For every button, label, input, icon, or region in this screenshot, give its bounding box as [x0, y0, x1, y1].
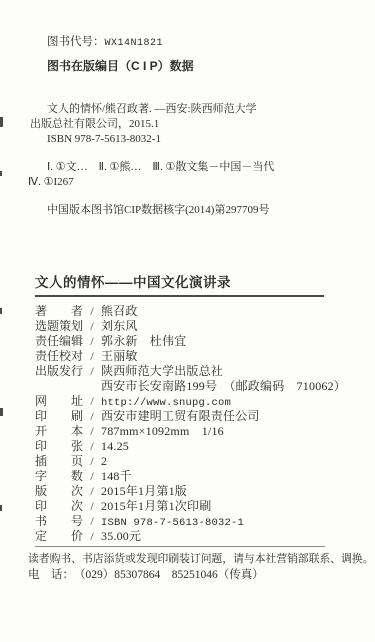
- colophon-separator: /: [83, 454, 101, 469]
- colophon-value: http://www.snupg.com: [101, 397, 231, 409]
- colophon-row-price: 定价/35.00元: [35, 529, 346, 544]
- colophon-value: 陕西师范大学出版总社: [101, 364, 223, 378]
- colophon-value: 2015年1月第1版: [101, 484, 187, 498]
- colophon-label: 选题策划: [35, 319, 83, 334]
- colophon-label: 插页: [35, 454, 83, 469]
- colophon-separator: /: [83, 484, 101, 499]
- cip-classification-block: Ⅰ. ①文… Ⅱ. ①熊… Ⅲ. ①散文集－中国－当代 Ⅳ. ①I267: [28, 160, 274, 190]
- colophon-separator: /: [83, 349, 101, 364]
- colophon-separator: /: [83, 364, 101, 379]
- colophon-value: 西安市长安南路199号 （邮政编码 710062）: [101, 379, 346, 393]
- colophon-value: 148千: [101, 469, 132, 483]
- colophon-row-wordcount: 字数/148千: [35, 469, 346, 484]
- book-title: 文人的情怀——中国文化演讲录: [35, 271, 231, 291]
- colophon-label: 版次: [35, 484, 83, 499]
- colophon-separator: /: [83, 424, 101, 439]
- colophon-label: 字数: [35, 469, 83, 484]
- colophon-value: 35.00元: [101, 529, 141, 543]
- colophon-label: 出版发行: [35, 364, 83, 379]
- cip-class-line1: Ⅰ. ①文… Ⅱ. ①熊… Ⅲ. ①散文集－中国－当代: [28, 160, 274, 175]
- colophon-label: 印张: [35, 439, 83, 454]
- contact-phone-line: 电 话：（029）85307864 85251046（传真）: [28, 566, 264, 582]
- phone-numbers: （029）85307864 85251046（传真）: [74, 569, 264, 581]
- copyright-page: 图书代号：WX14N1821 图书在版编目（C I P）数据 文人的情怀/熊召政…: [0, 0, 375, 642]
- colophon-value: 西安市建明工贸有限责任公司: [101, 409, 260, 423]
- colophon-separator: /: [83, 439, 101, 454]
- colophon-separator: /: [83, 334, 101, 349]
- colophon-label: 责任编辑: [35, 334, 83, 349]
- colophon-separator: /: [83, 499, 101, 514]
- colophon-label: 责任校对: [35, 349, 83, 364]
- colophon-row-format: 开本/787mm×1092mm 1/16: [35, 424, 346, 439]
- colophon-label: 印刷: [35, 409, 83, 424]
- colophon-value: ISBN 978-7-5613-8032-1: [101, 517, 244, 529]
- cip-record-block: 文人的情怀/熊召政著. —西安:陕西师范大学 出版总社有限公司，2015.1 I…: [30, 102, 257, 147]
- colophon-row-publisher: 出版发行/陕西师范大学出版总社: [35, 364, 346, 379]
- colophon-row-proofreader: 责任校对/王丽敏: [35, 349, 346, 364]
- colophon-row-author: 著者/熊召政: [35, 304, 346, 319]
- colophon-row-printer: 印刷/西安市建明工贸有限责任公司: [35, 409, 346, 424]
- book-code-label: 图书代号：: [47, 36, 105, 48]
- colophon-label: 网址: [35, 394, 83, 409]
- colophon-row-website: 网址/http://www.snupg.com: [35, 394, 346, 409]
- scan-artifact: [0, 505, 2, 511]
- colophon-label: 印次: [35, 499, 83, 514]
- colophon-value: 14.25: [101, 439, 129, 453]
- scan-artifact: [0, 117, 3, 127]
- reader-notice: 读者购书、书店添货或发现印刷装订问题，请与本社营销部联系、调换。: [28, 551, 374, 566]
- colophon-separator: /: [83, 409, 101, 424]
- phone-label: 电 话：: [28, 566, 74, 582]
- scan-artifact: [0, 308, 2, 314]
- colophon-value: 王丽敏: [101, 349, 138, 363]
- colophon-label: 书号: [35, 514, 83, 529]
- title-divider-rule: [35, 295, 324, 297]
- colophon-separator: /: [83, 469, 101, 484]
- colophon-row-edition: 版次/2015年1月第1版: [35, 484, 346, 499]
- colophon-row-address: 西安市长安南路199号 （邮政编码 710062）: [35, 379, 346, 394]
- colophon-label: 著者: [35, 304, 83, 319]
- colophon-label: 定价: [35, 529, 83, 544]
- colophon-row-editor: 责任编辑/郭永新 杜伟宜: [35, 334, 346, 349]
- colophon-separator: /: [83, 529, 101, 544]
- colophon-value: 2: [101, 454, 107, 468]
- scan-artifact: [0, 171, 2, 176]
- colophon-value: 2015年1月第1次印刷: [101, 499, 211, 513]
- colophon-value: 郭永新 杜伟宜: [101, 334, 186, 348]
- colophon-separator: /: [83, 514, 101, 529]
- cip-isbn-line: ISBN 978-7-5613-8032-1: [30, 132, 257, 147]
- book-code-line: 图书代号：WX14N1821: [47, 33, 163, 49]
- cip-heading: 图书在版编目（C I P）数据: [47, 57, 194, 74]
- colophon-row-sheets: 印张/14.25: [35, 439, 346, 454]
- cip-publisher-line: 出版总社有限公司，2015.1: [30, 117, 257, 132]
- cip-class-line2: Ⅳ. ①I267: [28, 175, 274, 190]
- colophon-label: 开本: [35, 424, 83, 439]
- colophon-row-isbn: 书号/ISBN 978-7-5613-8032-1: [35, 514, 346, 529]
- scan-artifact: [0, 408, 3, 416]
- colophon-value: 787mm×1092mm 1/16: [101, 424, 224, 438]
- colophon-value: 刘东风: [101, 319, 138, 333]
- cip-title-line: 文人的情怀/熊召政著. —西安:陕西师范大学: [30, 102, 257, 117]
- cip-registry-line: 中国版本图书馆CIP数据核字(2014)第297709号: [47, 201, 269, 217]
- colophon-table: 著者/熊召政 选题策划/刘东风 责任编辑/郭永新 杜伟宜 责任校对/王丽敏 出版…: [35, 304, 346, 544]
- colophon-value: 熊召政: [101, 304, 138, 318]
- colophon-row-planner: 选题策划/刘东风: [35, 319, 346, 334]
- colophon-row-inserts: 插页/2: [35, 454, 346, 469]
- colophon-separator: /: [83, 304, 101, 319]
- colophon-separator: /: [83, 319, 101, 334]
- footer-divider-rule: [35, 546, 325, 547]
- book-code-value: WX14N1821: [105, 38, 164, 49]
- colophon-separator: /: [83, 394, 101, 409]
- colophon-row-impression: 印次/2015年1月第1次印刷: [35, 499, 346, 514]
